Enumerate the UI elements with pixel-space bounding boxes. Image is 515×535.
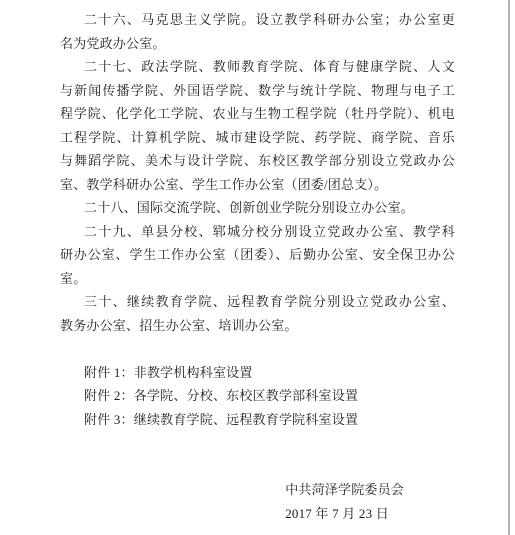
signature-org: 中共菏泽学院委员会 xyxy=(285,478,404,502)
text-line: 程学院、化学化工学院、农业与生物工程学院（牡丹学院）、机电 xyxy=(60,102,455,126)
text-line: 二十八、国际交流学院、创新创业学院分别设立办公室。 xyxy=(60,196,455,220)
text-line: 二十六、马克思主义学院。设立教学科研办公室；办公室更 xyxy=(60,8,455,32)
text-line: 二十七、政法学院、教师教育学院、体育与健康学院、人文 xyxy=(60,55,455,79)
document-body: 二十六、马克思主义学院。设立教学科研办公室；办公室更名为党政办公室。二十七、政法… xyxy=(60,8,455,337)
text-line: 室。 xyxy=(60,267,455,291)
signature-date: 2017 年 7 月 23 日 xyxy=(285,502,404,526)
text-line: 名为党政办公室。 xyxy=(60,32,455,56)
text-line: 与新闻传播学院、外国语学院、数学与统计学院、物理与电子工 xyxy=(60,79,455,103)
attachments: 附件 1：非教学机构科室设置附件 2：各学院、分校、东校区教学部科室设置附件 3… xyxy=(60,361,455,432)
text-line: 室、教学科研办公室、学生工作办公室（团委/团总支）。 xyxy=(60,173,455,197)
attachment-line: 附件 1：非教学机构科室设置 xyxy=(60,361,455,385)
attachment-line: 附件 3：继续教育学院、远程教育学院科室设置 xyxy=(60,408,455,432)
text-line: 教务办公室、招生办公室、培训办公室。 xyxy=(60,314,455,338)
document-content: 二十六、马克思主义学院。设立教学科研办公室；办公室更名为党政办公室。二十七、政法… xyxy=(60,8,455,525)
attachment-line: 附件 2：各学院、分校、东校区教学部科室设置 xyxy=(60,384,455,408)
document-page: 二十六、马克思主义学院。设立教学科研办公室；办公室更名为党政办公室。二十七、政法… xyxy=(0,0,515,535)
signature-block: 中共菏泽学院委员会 2017 年 7 月 23 日 xyxy=(285,478,404,525)
text-line: 二十九、单县分校、郓城分校分别设立党政办公室、教学科 xyxy=(60,220,455,244)
text-line: 研办公室、学生工作办公室（团委）、后勤办公室、安全保卫办公 xyxy=(60,243,455,267)
text-line: 与舞蹈学院、美术与设计学院、东校区教学部分别设立党政办公 xyxy=(60,149,455,173)
page-edge-line xyxy=(508,0,510,535)
text-line: 工程学院、计算机学院、城市建设学院、药学院、商学院、音乐 xyxy=(60,126,455,150)
text-line: 三十、继续教育学院、远程教育学院分别设立党政办公室、 xyxy=(60,290,455,314)
